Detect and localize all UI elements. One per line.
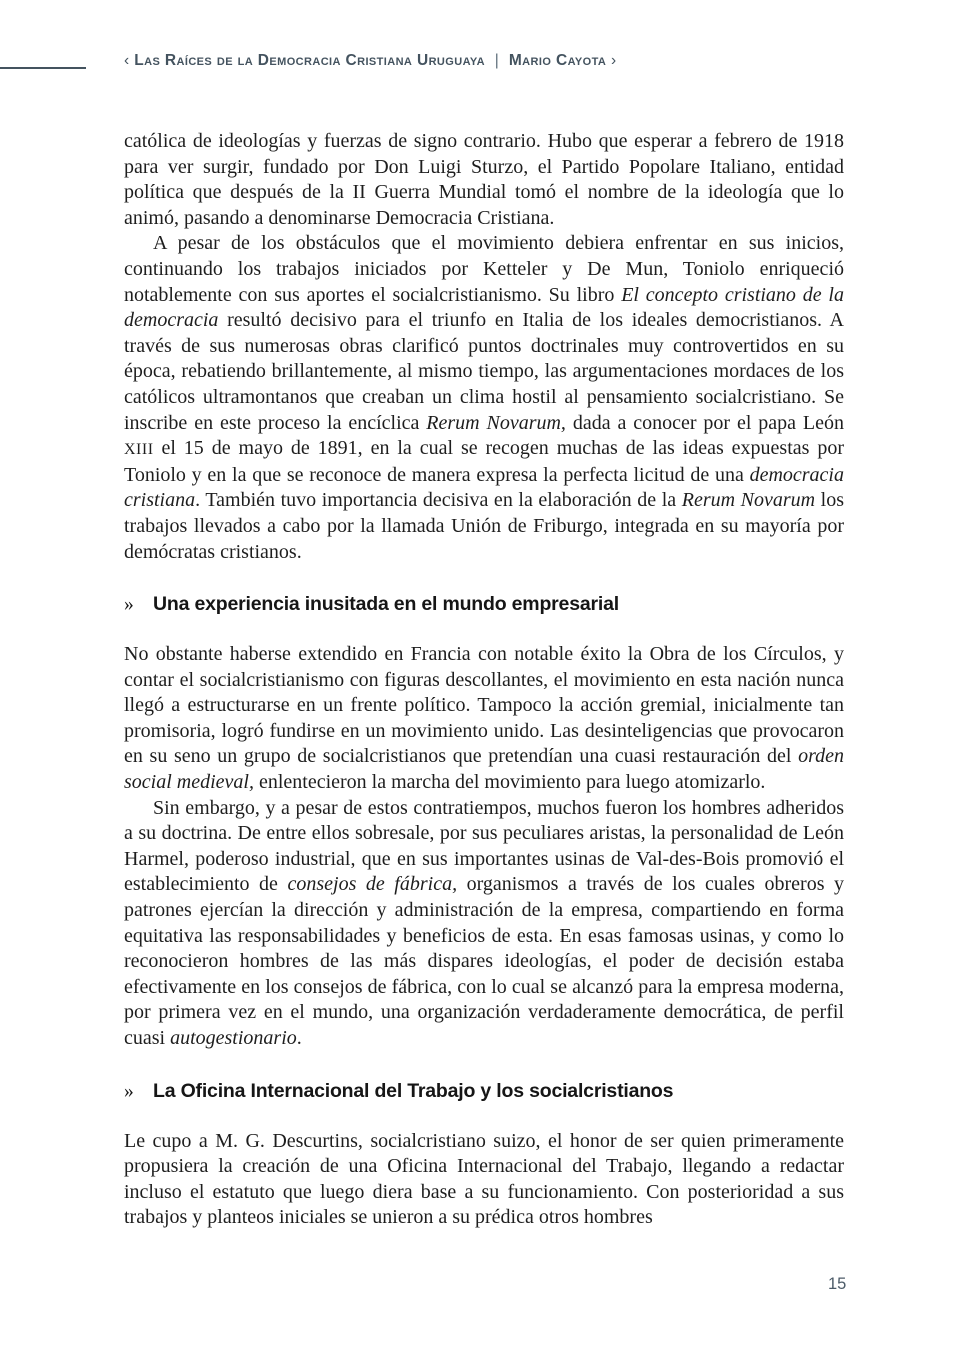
- heading-text: La Oficina Internacional del Trabajo y l…: [153, 1080, 673, 1102]
- page-number: 15: [828, 1275, 846, 1294]
- body-paragraph: A pesar de los obstáculos que el movimie…: [124, 231, 844, 565]
- author-name: Mario Cayota: [509, 52, 606, 69]
- text-run: dada a conocer por el papa León: [566, 412, 844, 434]
- text-run: organismos a través de los cuales obrero…: [124, 873, 844, 1049]
- body-paragraph: católica de ideologías y fuerzas de sign…: [124, 129, 844, 231]
- text-run: Le cupo a M. G. Descurtins, socialcristi…: [124, 1130, 844, 1229]
- text-run-italic: consejos de fábrica,: [287, 873, 457, 895]
- text-run-smallcaps: XIII: [124, 441, 154, 458]
- header-rule: [0, 67, 86, 69]
- section-heading: »Una experiencia inusitada en el mundo e…: [124, 592, 844, 617]
- heading-text: Una experiencia inusitada en el mundo em…: [153, 593, 619, 615]
- text-run: el 15 de mayo de 1891, en la cual se rec…: [124, 437, 844, 486]
- running-header: ‹ Las Raíces de la Democracia Cristiana …: [0, 52, 964, 76]
- text-run: enlentecieron la marcha del movimiento p…: [254, 771, 765, 793]
- running-header-text: ‹ Las Raíces de la Democracia Cristiana …: [124, 52, 617, 70]
- text-run-italic: autogestionario: [170, 1027, 297, 1049]
- section-heading: »La Oficina Internacional del Trabajo y …: [124, 1079, 844, 1104]
- body-paragraph: Sin embargo, y a pesar de estos contrati…: [124, 796, 844, 1052]
- header-separator: |: [490, 52, 504, 69]
- text-run: católica de ideologías y fuerzas de sign…: [124, 130, 844, 229]
- content-blocks: católica de ideologías y fuerzas de sign…: [124, 129, 844, 1231]
- text-run: No obstante haberse extendido en Francia…: [124, 643, 844, 767]
- header-left-angle-mark: ‹: [124, 52, 130, 69]
- text-run: .: [297, 1027, 302, 1049]
- body-paragraph: Le cupo a M. G. Descurtins, socialcristi…: [124, 1129, 844, 1231]
- body-paragraph: No obstante haberse extendido en Francia…: [124, 642, 844, 796]
- heading-marker: »: [124, 593, 153, 617]
- book-title: Las Raíces de la Democracia Cristiana Ur…: [134, 52, 485, 69]
- text-run: . También tuvo importancia decisiva en l…: [195, 489, 682, 511]
- heading-marker: »: [124, 1080, 153, 1104]
- text-run-italic: Rerum Novarum,: [426, 412, 566, 434]
- book-page: { "header": { "left_mark": "‹", "title":…: [0, 0, 964, 1361]
- header-right-angle-mark: ›: [611, 52, 617, 69]
- text-run-italic: Rerum Novarum: [682, 489, 815, 511]
